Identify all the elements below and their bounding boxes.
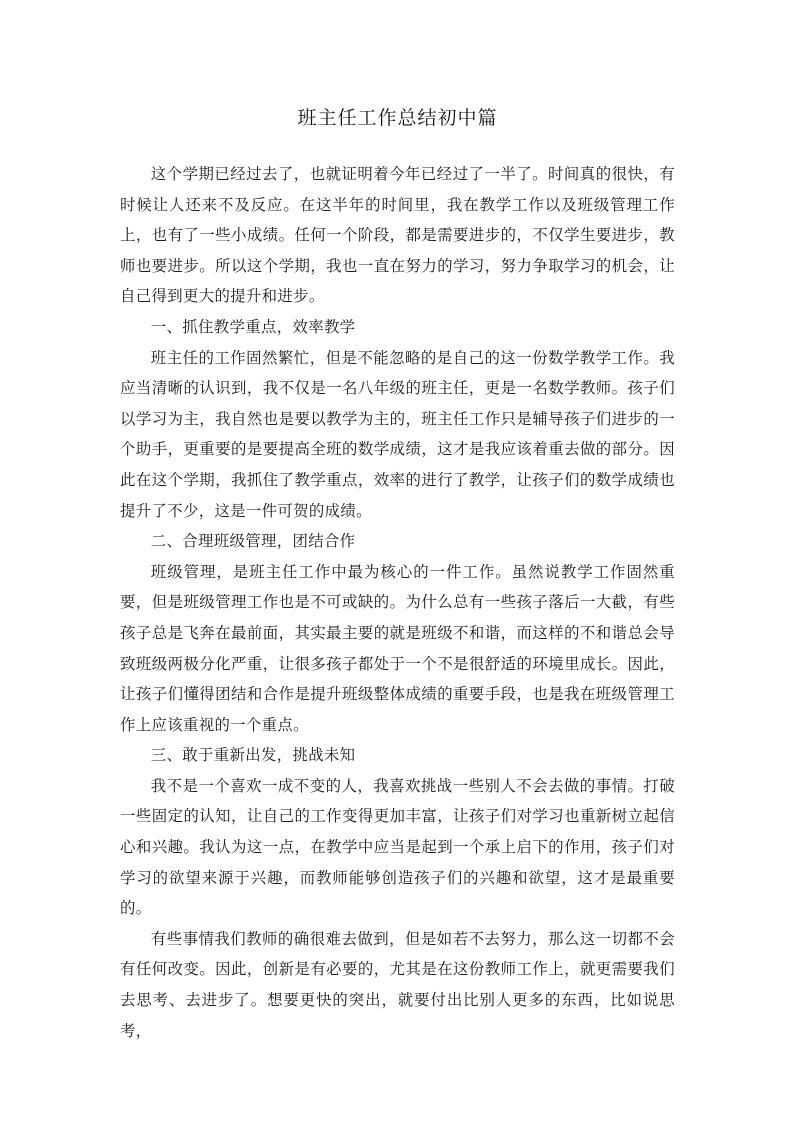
section-2-paragraph: 班级管理，是班主任工作中最为核心的一件工作。虽然说教学工作固然重要，但是班级管理… [120, 557, 675, 741]
intro-paragraph: 这个学期已经过去了，也就证明着今年已经过了一半了。时间真的很快，有时候让人还来不… [120, 159, 675, 312]
document-title: 班主任工作总结初中篇 [120, 103, 675, 130]
section-heading-3: 三、敢于重新出发，挑战未知 [120, 740, 675, 771]
document-body: 这个学期已经过去了，也就证明着今年已经过了一半了。时间真的很快，有时候让人还来不… [120, 159, 675, 1046]
section-heading-1: 一、抓住教学重点，效率教学 [120, 312, 675, 343]
section-3-paragraph-2: 有些事情我们教师的确很难去做到，但是如若不去努力，那么这一切都不会有任何改变。因… [120, 924, 675, 1046]
section-heading-2: 二、合理班级管理，团结合作 [120, 526, 675, 557]
section-3-paragraph: 我不是一个喜欢一成不变的人，我喜欢挑战一些别人不会去做的事情。打破一些固定的认知… [120, 771, 675, 924]
section-1-paragraph: 班主任的工作固然繁忙，但是不能忽略的是自己的这一份数学教学工作。我应当清晰的认识… [120, 343, 675, 527]
